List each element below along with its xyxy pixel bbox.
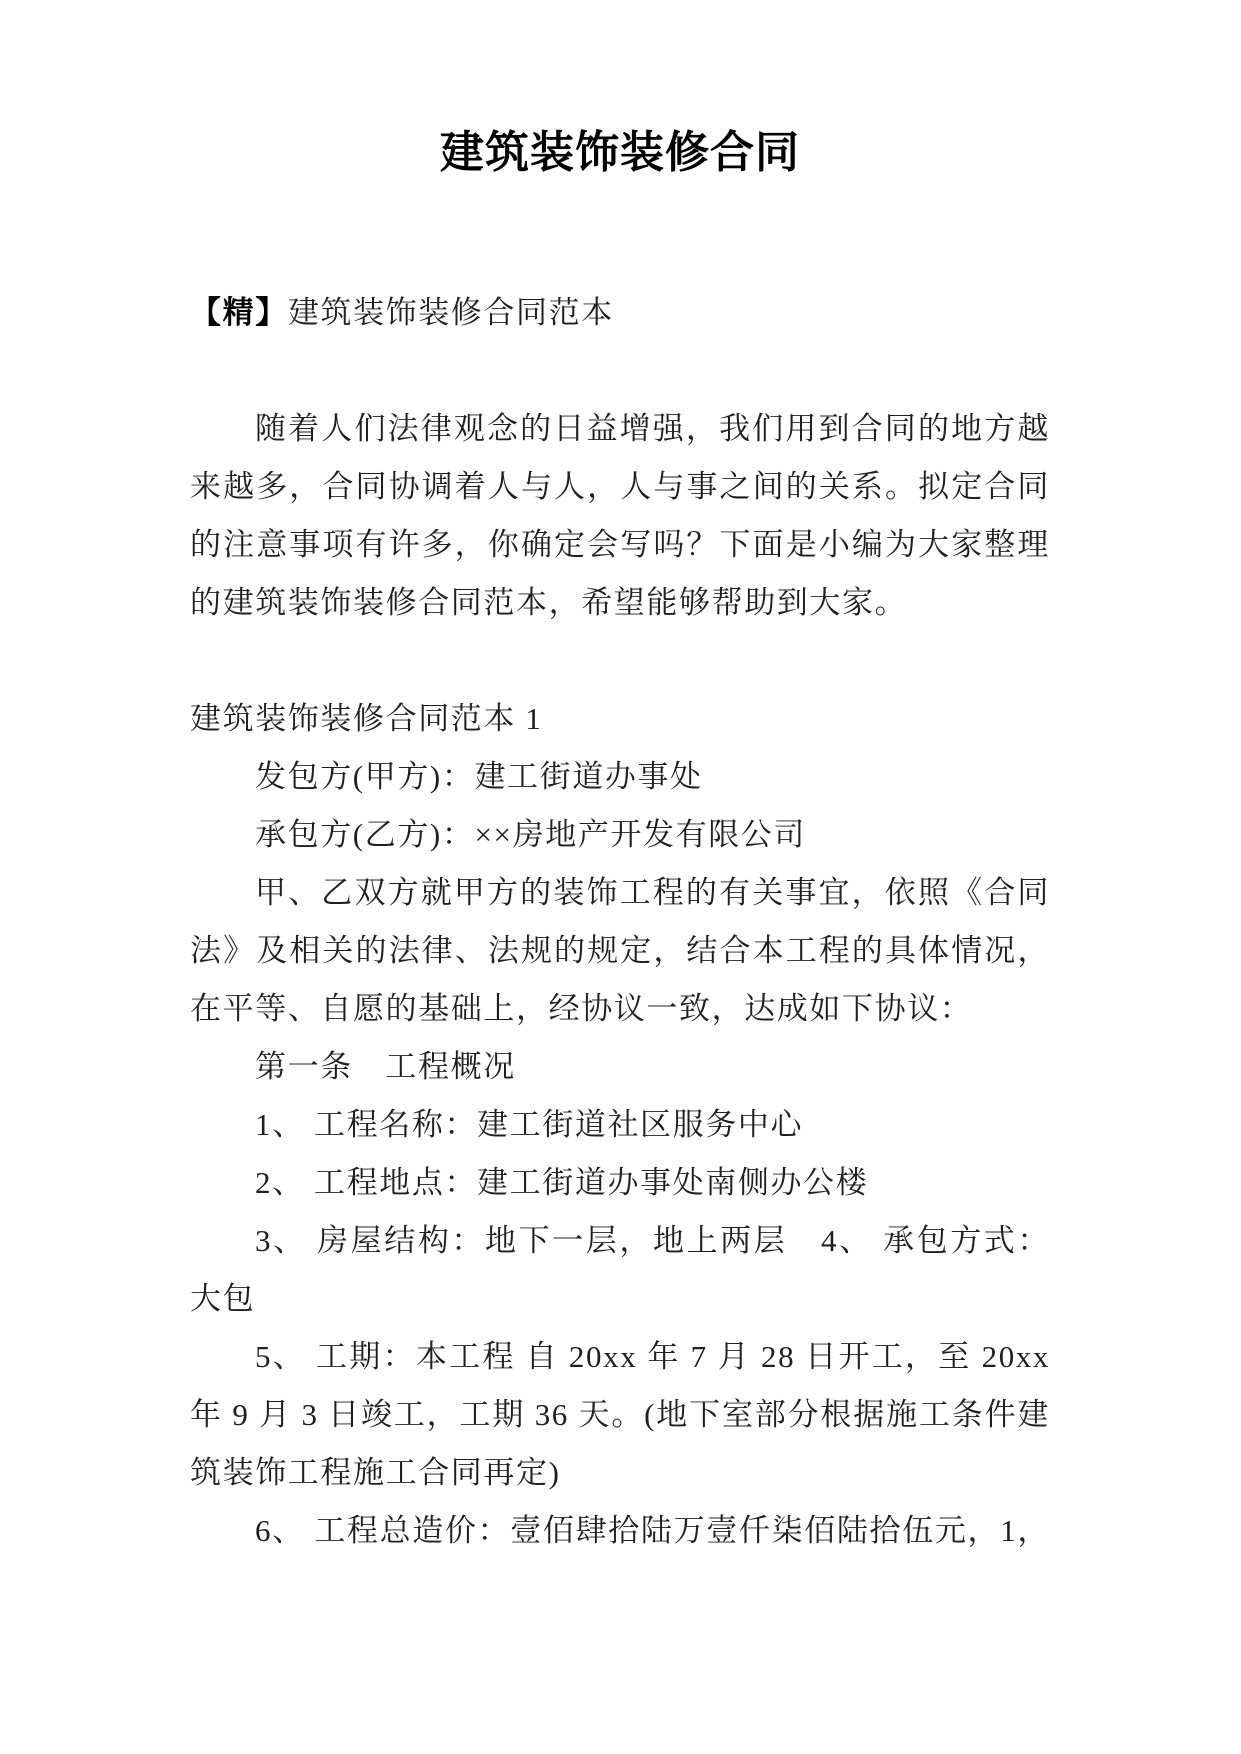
party-b-line: 承包方(乙方)：××房地产开发有限公司 [190,806,1050,864]
agreement-line-3: 在平等、自愿的基础上，经协议一致，达成如下协议： [190,980,1050,1038]
item-5-schedule-line-2: 年 9 月 3 日竣工，工期 36 天。(地下室部分根据施工条件建 [190,1386,1050,1444]
sample-heading: 建筑装饰装修合同范本 1 [190,690,1050,748]
item-1-project-name: 1、 工程名称：建工街道社区服务中心 [190,1096,1050,1154]
item-5-schedule-line-1: 5、 工期：本工程 自 20xx 年 7 月 28 日开工，至 20xx [190,1328,1050,1386]
intro-line-1: 随着人们法律观念的日益增强，我们用到合同的地方越 [190,400,1050,458]
intro-line-3: 的注意事项有许多，你确定会写吗？下面是小编为大家整理 [190,516,1050,574]
agreement-line-2: 法》及相关的法律、法规的规定，结合本工程的具体情况， [190,922,1050,980]
item-6-total-cost-line: 6、 工程总造价：壹佰肆拾陆万壹仟柒佰陆拾伍元，1， [190,1502,1050,1560]
badge-line: 【精】建筑装饰装修合同范本 [190,284,1050,342]
badge-text: 建筑装饰装修合同范本 [288,295,614,330]
article-1-heading: 第一条 工程概况 [190,1038,1050,1096]
document-page: 建筑装饰装修合同 【精】建筑装饰装修合同范本 随着人们法律观念的日益增强，我们用… [0,0,1241,1754]
intro-line-2: 来越多，合同协调着人与人，人与事之间的关系。拟定合同 [190,458,1050,516]
document-title: 建筑装饰装修合同 [190,118,1050,188]
item-2-project-location: 2、 工程地点：建工街道办事处南侧办公楼 [190,1154,1050,1212]
item-4-continuation: 大包 [190,1270,1050,1328]
agreement-line-1: 甲、乙双方就甲方的装饰工程的有关事宜，依照《合同 [190,864,1050,922]
party-a-line: 发包方(甲方)：建工街道办事处 [190,748,1050,806]
item-3-4-structure-contract-mode: 3、 房屋结构：地下一层，地上两层 4、 承包方式： [190,1212,1050,1270]
intro-line-4: 的建筑装饰装修合同范本，希望能够帮助到大家。 [190,574,1050,632]
item-5-schedule-line-3: 筑装饰工程施工合同再定) [190,1444,1050,1502]
badge-marker: 【精】 [190,295,288,330]
